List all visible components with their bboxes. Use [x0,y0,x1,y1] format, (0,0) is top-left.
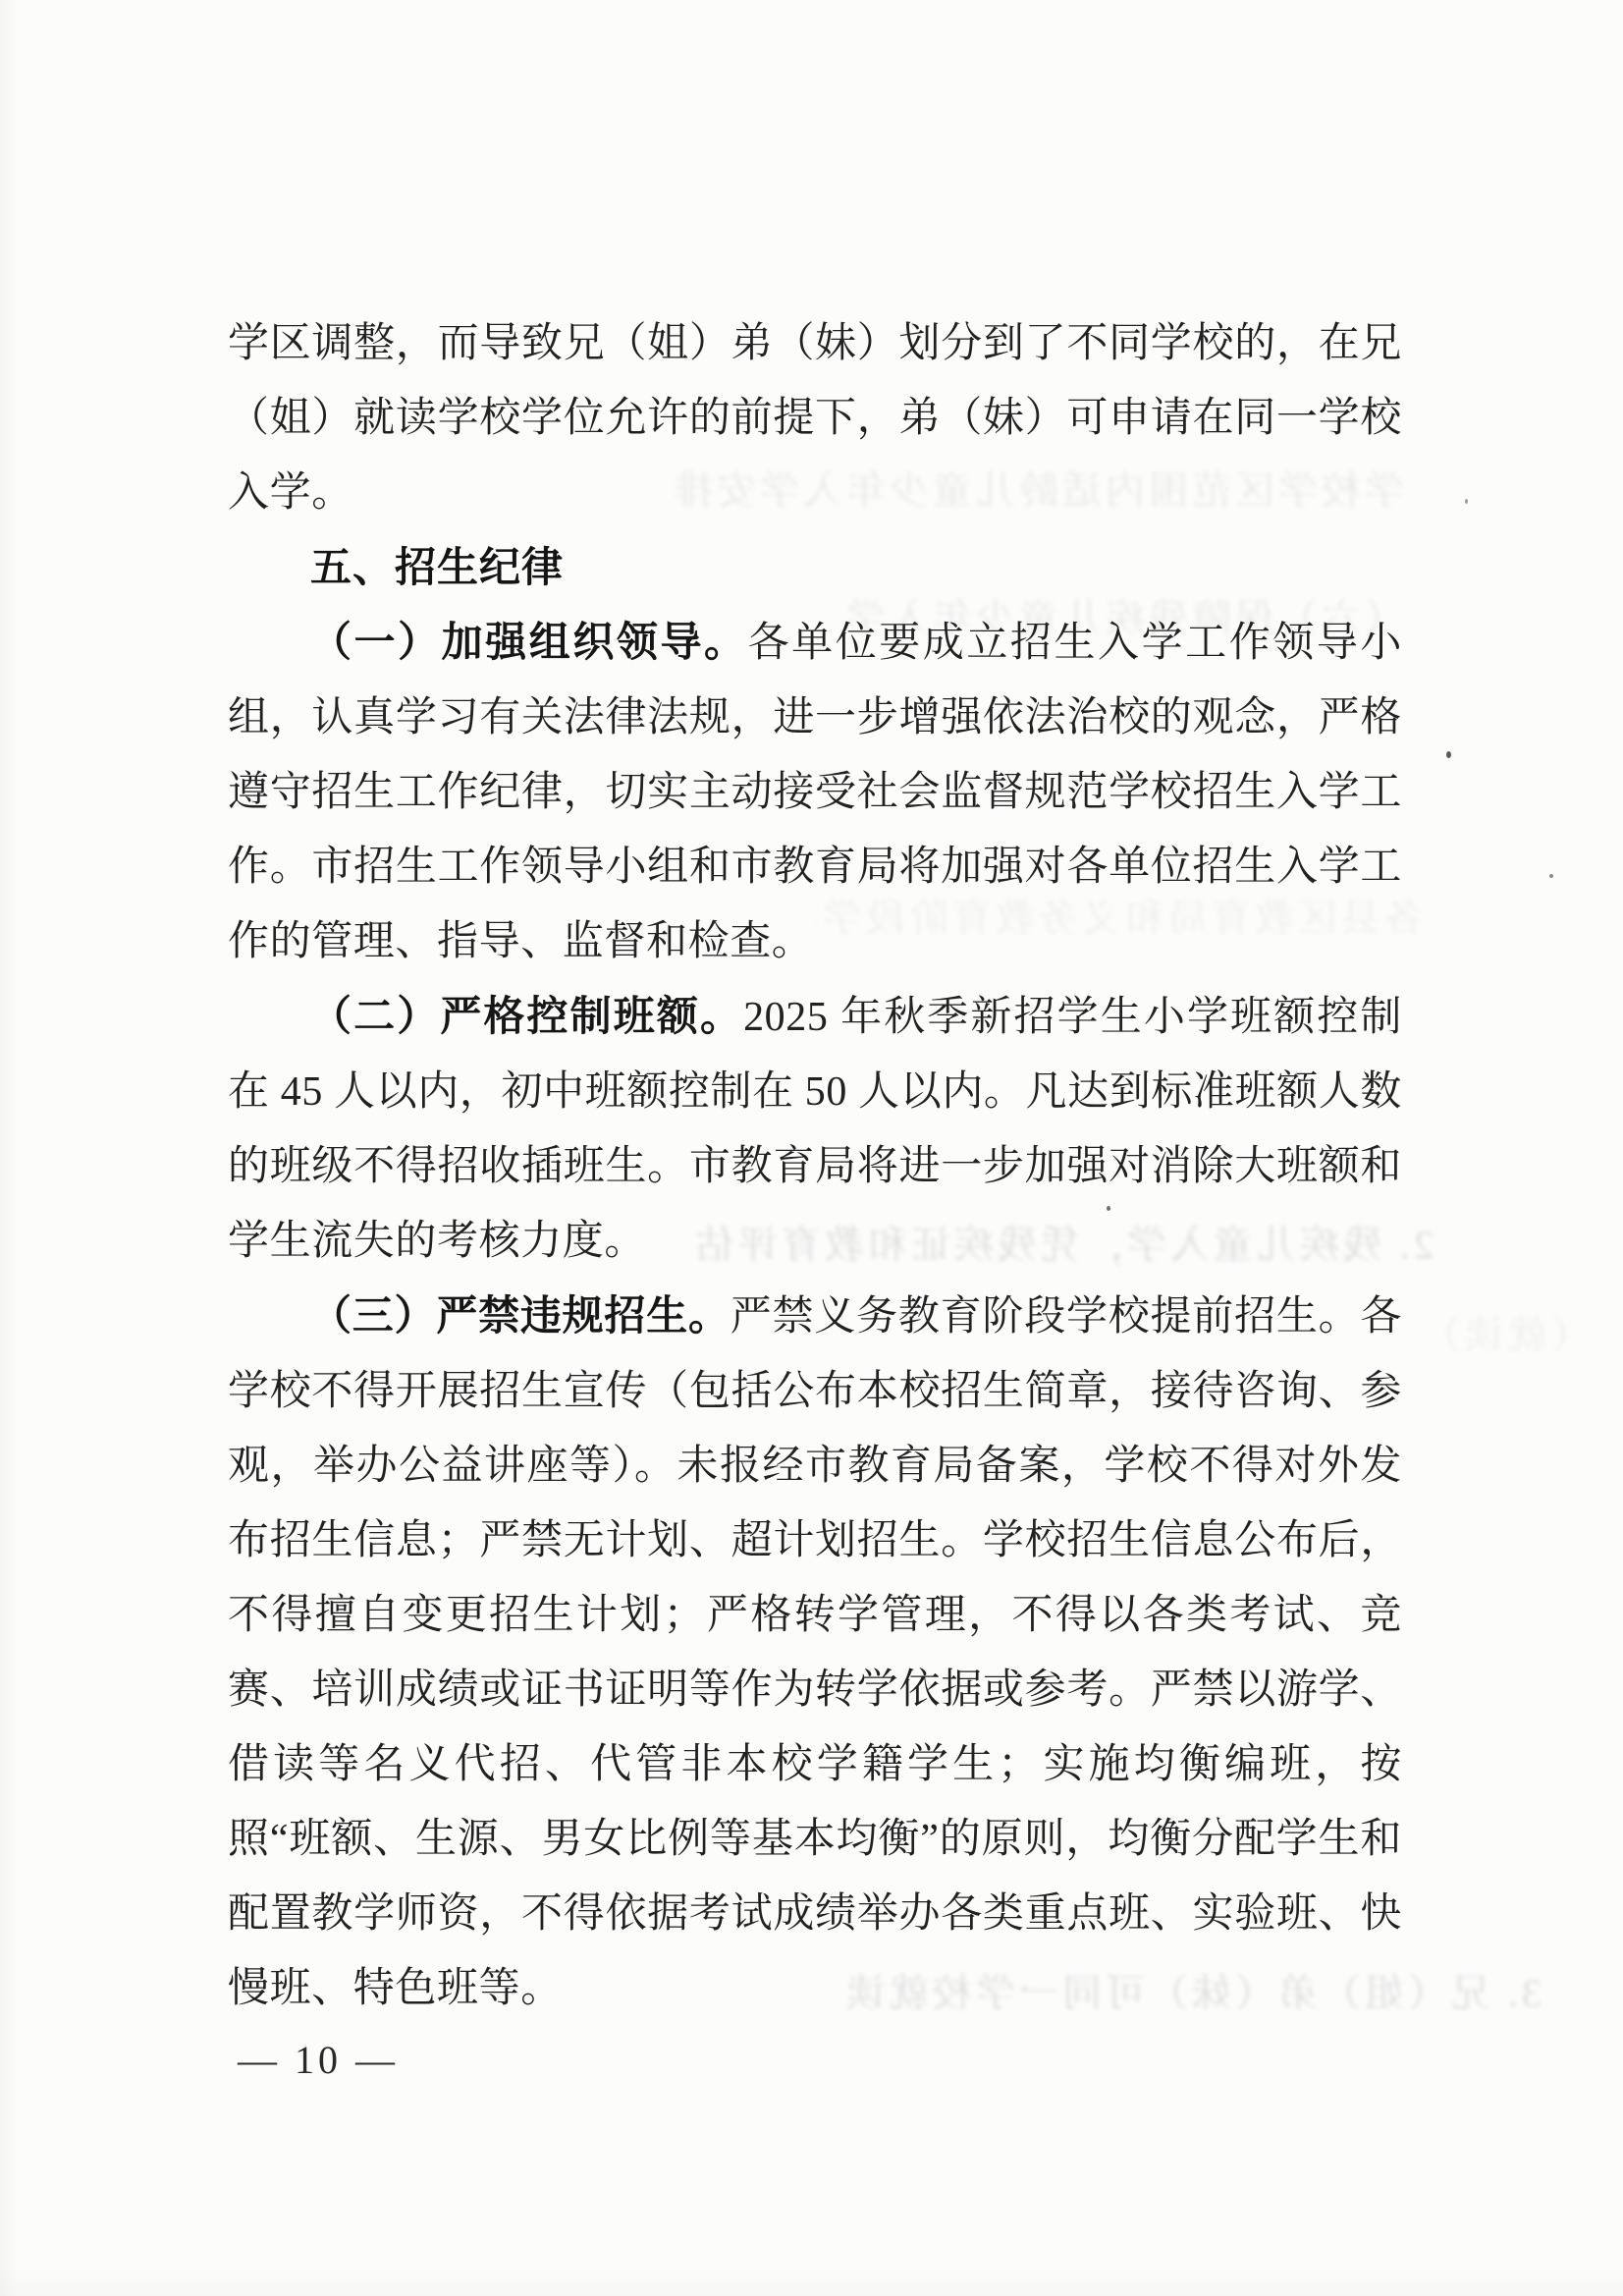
paragraph-2: （二）严格控制班额。2025 年秋季新招学生小学班额控制在 45 人以内，初中班… [228,979,1402,1279]
scan-speck [1465,499,1468,504]
scan-speck [1549,874,1553,878]
body-text: 学区调整，而导致兄（姐）弟（妹）划分到了不同学校的，在兄（姐）就读学校学位允许的… [228,306,1402,2026]
document-page: 学校学区范围内适龄儿童少年入学安排 （六）保障残疾儿童少年入学 各县区教育局和义… [0,0,1623,2296]
paragraph-1-body: 各单位要成立招生入学工作领导小组，认真学习有关法律法规，进一步增强依法治校的观念… [228,621,1402,964]
scan-speck [1446,751,1451,758]
paragraph-1: （一）加强组织领导。各单位要成立招生入学工作领导小组，认真学习有关法律法规，进一… [228,605,1402,979]
section-heading: 五、招生纪律 [228,530,1402,605]
bleedthrough-text: （就读） [1404,1306,1591,1365]
paragraph-2-lead: （二）严格控制班额。 [310,992,743,1040]
paragraph-1-lead: （一）加强组织领导。 [310,618,748,666]
paragraph-3-body: 严禁义务教育阶段学校提前招生。各学校不得开展招生宣传（包括公布本校招生简章，接待… [228,1294,1402,2011]
paragraph-continuation: 学区调整，而导致兄（姐）弟（妹）划分到了不同学校的，在兄（姐）就读学校学位允许的… [228,306,1402,530]
paragraph-3-lead: （三）严禁违规招生。 [310,1291,730,1339]
page-number: — 10 — [238,2023,399,2098]
paragraph-3: （三）严禁违规招生。严禁义务教育阶段学校提前招生。各学校不得开展招生宣传（包括公… [228,1279,1402,2026]
